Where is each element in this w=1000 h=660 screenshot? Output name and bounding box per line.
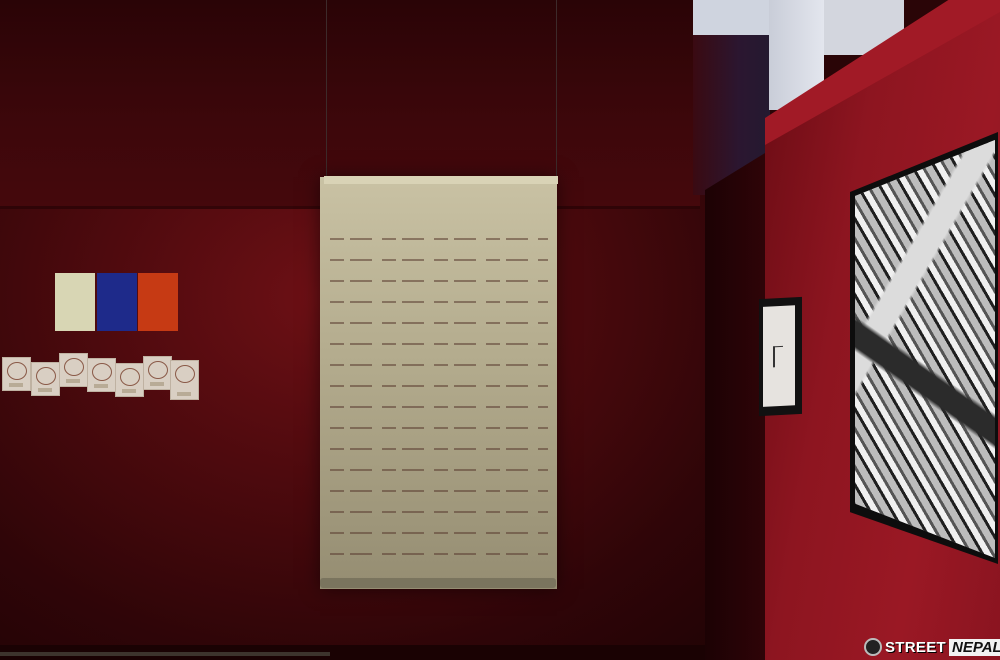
mandala-card	[2, 357, 31, 391]
handwritten-text	[330, 238, 548, 574]
hanging-wire	[326, 0, 327, 177]
hanging-wire	[556, 0, 557, 177]
camera-lens-icon	[864, 638, 882, 656]
ceiling-gap	[693, 0, 770, 35]
mandala-card	[170, 360, 199, 400]
orange-poster	[138, 273, 178, 331]
floor-edge	[0, 652, 330, 656]
large-collage-artwork	[855, 140, 995, 558]
mandala-card	[143, 356, 172, 390]
mandala-card	[115, 363, 144, 397]
mandala-card	[59, 353, 88, 387]
small-framed-sketch	[759, 297, 802, 416]
mandala-card	[31, 362, 60, 396]
blue-poster	[97, 273, 137, 331]
scroll-bottom-rod	[320, 578, 556, 588]
mandala-card	[87, 358, 116, 392]
cream-poster	[55, 273, 95, 331]
scroll-top-rod	[324, 176, 558, 184]
watermark: STREET NEPAL	[864, 636, 1000, 658]
watermark-street: STREET	[885, 639, 946, 656]
watermark-nepal: NEPAL	[949, 639, 1000, 656]
